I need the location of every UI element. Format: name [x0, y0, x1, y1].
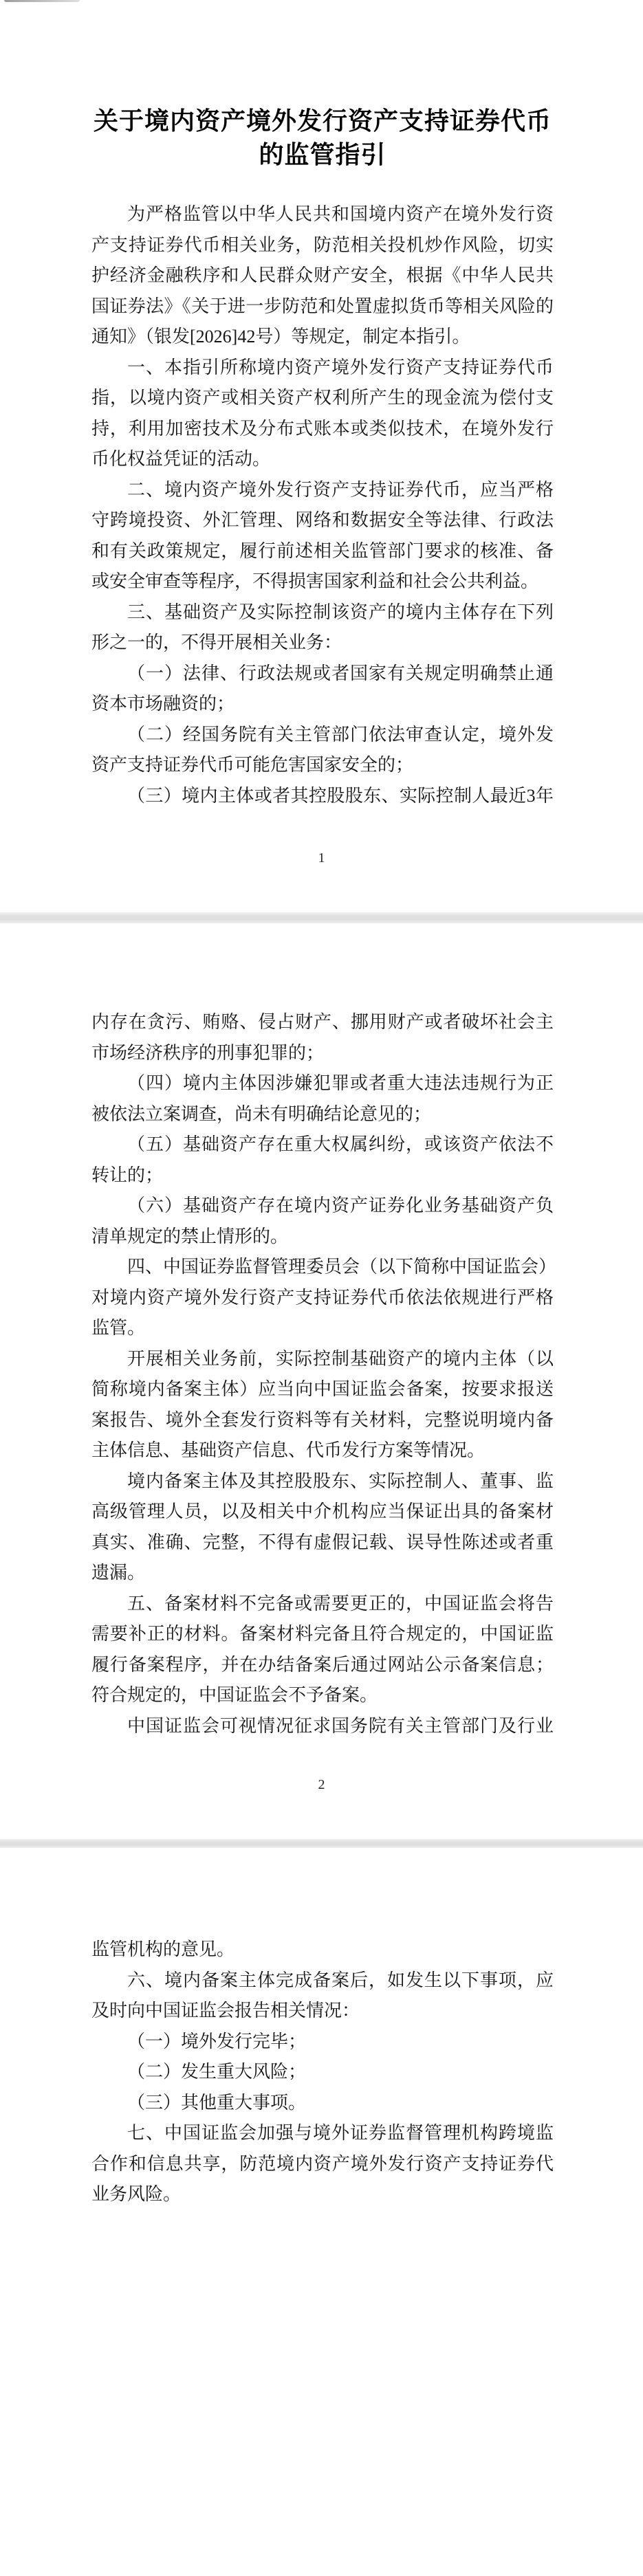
- page-1: 关于境内资产境外发行资产支持证券代币 的监管指引 为严格监管以中华人民共和国境内…: [0, 0, 643, 912]
- text-line: 持，利用加密技术及分布式账本或类似技术，在境外发行代: [91, 414, 554, 445]
- text-line: 六、境内备案主体完成备案后，如发生以下事项，应当: [91, 1966, 554, 1996]
- text-line: 守跨境投资、外汇管理、网络和数据安全等法律、行政法规: [91, 505, 554, 536]
- text-line: （三）境内主体或者其控股股东、实际控制人最近3年: [91, 781, 554, 812]
- text-line: 业务风险。: [91, 2179, 554, 2210]
- text-line: 为严格监管以中华人民共和国境内资产在境外发行资: [91, 199, 554, 230]
- text-line: 通知》（银发[2026]42号）等规定，制定本指引。: [91, 322, 554, 353]
- title-line-2: 的监管指引: [91, 138, 554, 172]
- text-line: 高级管理人员，以及相关中介机构应当保证出具的备案材料: [91, 1497, 554, 1528]
- text-line: 主体信息、基础资产信息、代币发行方案等情况。: [91, 1435, 554, 1466]
- text-line: 形之一的，不得开展相关业务：: [91, 628, 554, 659]
- text-line: 监管。: [91, 1313, 554, 1344]
- page-3-body: 监管机构的意见。 六、境内备案主体完成备案后，如发生以下事项，应当 及时向中国证…: [91, 1935, 554, 2210]
- text-line: 需要补正的材料。备案材料完备且符合规定的，中国证监会: [91, 1619, 554, 1650]
- text-line: （一）法律、行政法规或者国家有关规定明确禁止通过: [91, 659, 554, 690]
- text-line: （一）境外发行完毕；: [91, 2027, 554, 2058]
- text-line: （二）经国务院有关主管部门依法审查认定，境外发行: [91, 720, 554, 751]
- text-line: 遗漏。: [91, 1558, 554, 1589]
- text-line: （六）基础资产存在境内资产证券化业务基础资产负面: [91, 1191, 554, 1222]
- text-line: （五）基础资产存在重大权属纠纷，或该资产依法不得: [91, 1130, 554, 1160]
- text-line: 产支持证券代币相关业务，防范相关投机炒作风险，切实维: [91, 230, 554, 261]
- text-line: 及时向中国证监会报告相关情况：: [91, 1996, 554, 2027]
- text-line: 转让的；: [91, 1160, 554, 1191]
- text-line: 市场经济秩序的刑事犯罪的；: [91, 1038, 554, 1069]
- text-line: 或安全审查等程序，不得损害国家利益和社会公共利益。: [91, 566, 554, 597]
- page-number: 1: [0, 849, 643, 867]
- text-line: （四）境内主体因涉嫌犯罪或者重大违法违规行为正在: [91, 1068, 554, 1099]
- text-line: （二）发生重大风险；: [91, 2057, 554, 2088]
- text-line: 被依法立案调查，尚未有明确结论意见的；: [91, 1099, 554, 1130]
- text-line: 一、本指引所称境内资产境外发行资产支持证券代币是: [91, 353, 554, 384]
- text-line: 开展相关业务前，实际控制基础资产的境内主体（以下: [91, 1344, 554, 1375]
- page-separator: [0, 1839, 643, 1848]
- text-line: 四、中国证券监督管理委员会（以下简称中国证监会）: [91, 1252, 554, 1283]
- document-title: 关于境内资产境外发行资产支持证券代币 的监管指引: [91, 104, 554, 172]
- text-line: （三）其他重大事项。: [91, 2088, 554, 2119]
- text-line: 中国证监会可视情况征求国务院有关主管部门及行业: [91, 1711, 554, 1742]
- text-line: 符合规定的，中国证监会不予备案。: [91, 1680, 554, 1711]
- text-line: 资本市场融资的；: [91, 689, 554, 720]
- title-line-1: 关于境内资产境外发行资产支持证券代币: [91, 104, 554, 138]
- text-line: 指，以境内资产或相关资产权利所产生的现金流为偿付支: [91, 383, 554, 414]
- text-line: 币化权益凭证的活动。: [91, 444, 554, 475]
- text-line: 对境内资产境外发行资产支持证券代币依法依规进行严格: [91, 1283, 554, 1314]
- text-line: 监管机构的意见。: [91, 1935, 554, 1966]
- text-line: 三、基础资产及实际控制该资产的境内主体存在下列情: [91, 597, 554, 628]
- text-line: 五、备案材料不完备或需要更正的，中国证监会将告知: [91, 1589, 554, 1620]
- text-line: 七、中国证监会加强与境外证券监督管理机构跨境监管: [91, 2118, 554, 2149]
- text-line: 履行备案程序，并在办结备案后通过网站公示备案信息；不: [91, 1650, 554, 1681]
- text-line: 资产支持证券代币可能危害国家安全的；: [91, 750, 554, 781]
- page-1-body: 为严格监管以中华人民共和国境内资产在境外发行资 产支持证券代币相关业务，防范相关…: [91, 199, 554, 811]
- text-line: 清单规定的禁止情形的。: [91, 1222, 554, 1253]
- page-3: 监管机构的意见。 六、境内备案主体完成备案后，如发生以下事项，应当 及时向中国证…: [0, 1848, 643, 2576]
- text-line: 护经济金融秩序和人民群众财产安全，根据《中华人民共和: [91, 261, 554, 291]
- page-separator: [0, 912, 643, 923]
- page-2-body: 内存在贪污、贿赂、侵占财产、挪用财产或者破坏社会主义 市场经济秩序的刑事犯罪的；…: [91, 1007, 554, 1741]
- text-line: 和有关政策规定，履行前述相关监管部门要求的核准、备案: [91, 536, 554, 567]
- text-line: 真实、准确、完整，不得有虚假记载、误导性陈述或者重大: [91, 1528, 554, 1559]
- text-line: 合作和信息共享，防范境内资产境外发行资产支持证券代币: [91, 2149, 554, 2180]
- text-line: 国证券法》《关于进一步防范和处置虚拟货币等相关风险的: [91, 291, 554, 322]
- text-line: 二、境内资产境外发行资产支持证券代币，应当严格遵: [91, 475, 554, 506]
- text-line: 简称境内备案主体）应当向中国证监会备案，按要求报送备: [91, 1374, 554, 1405]
- text-line: 内存在贪污、贿赂、侵占财产、挪用财产或者破坏社会主义: [91, 1007, 554, 1038]
- text-line: 境内备案主体及其控股股东、实际控制人、董事、监事、: [91, 1466, 554, 1497]
- window-edge-artifact: [4, 0, 80, 2]
- text-line: 案报告、境外全套发行资料等有关材料，完整说明境内备案: [91, 1405, 554, 1436]
- page-number: 2: [0, 1776, 643, 1794]
- page-2: 内存在贪污、贿赂、侵占财产、挪用财产或者破坏社会主义 市场经济秩序的刑事犯罪的；…: [0, 923, 643, 1839]
- document-viewer: 关于境内资产境外发行资产支持证券代币 的监管指引 为严格监管以中华人民共和国境内…: [0, 0, 643, 2576]
